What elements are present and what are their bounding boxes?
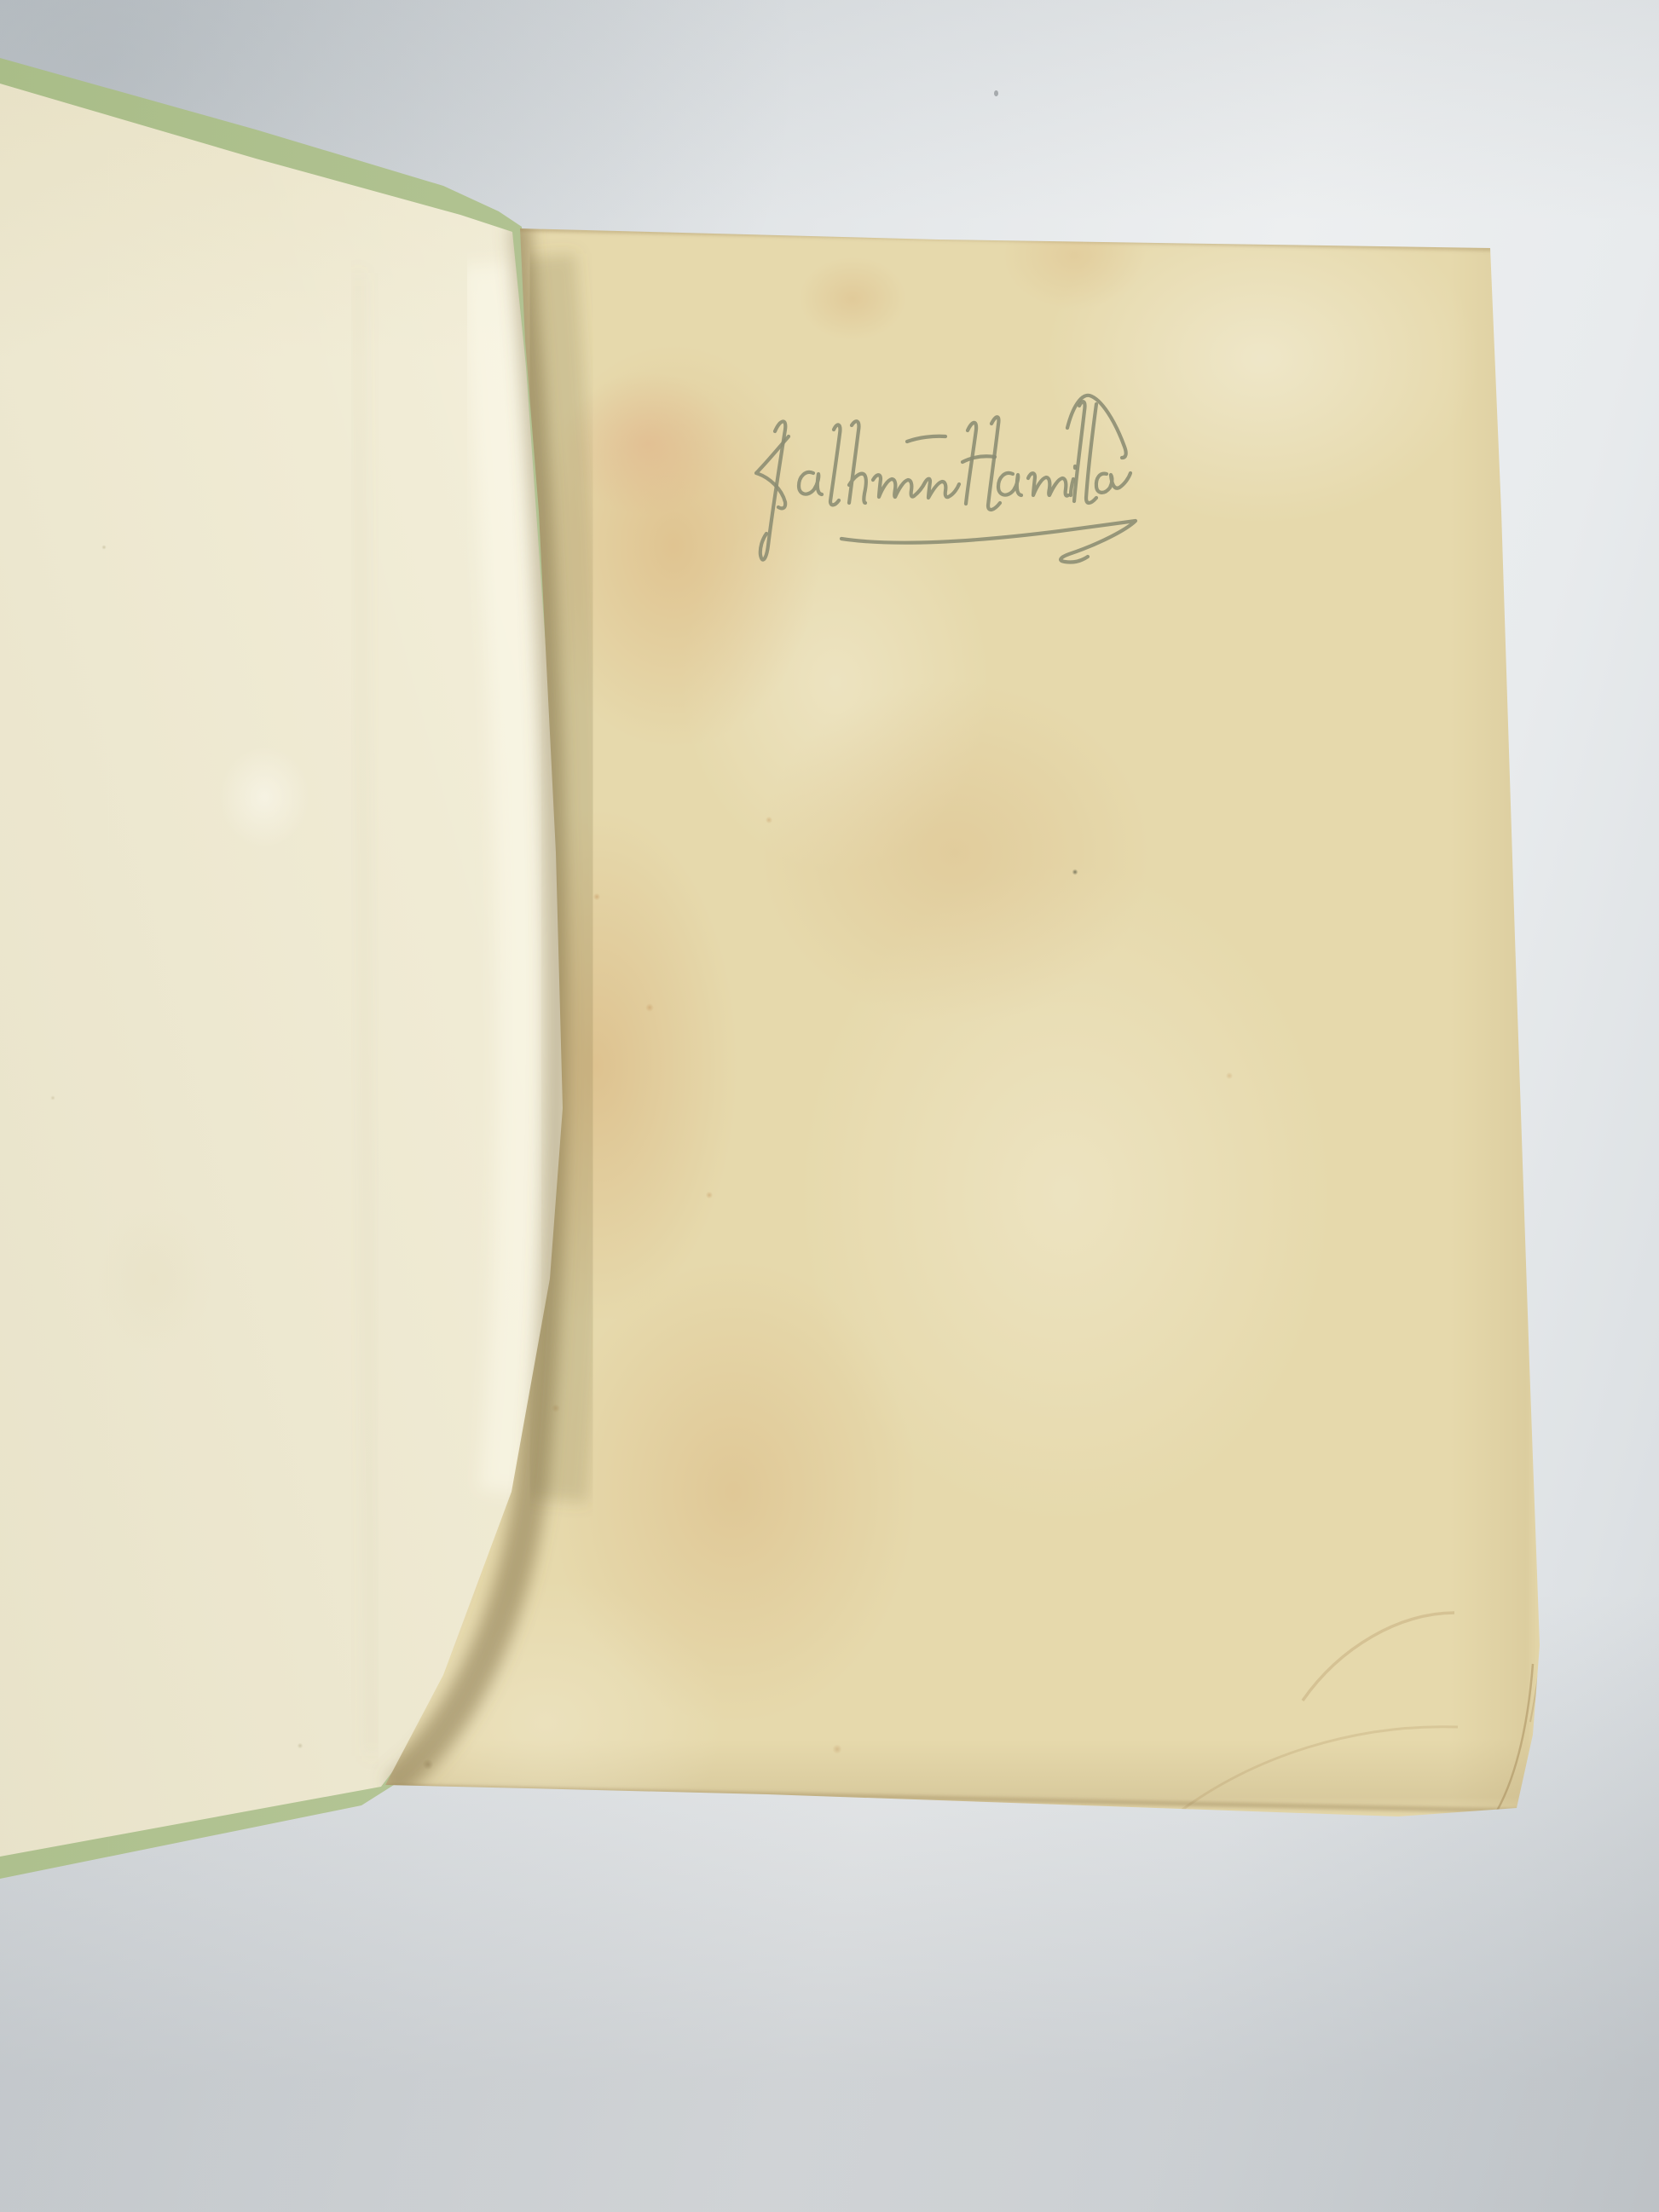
signature-drawing	[731, 377, 1158, 581]
letter-m	[1028, 473, 1068, 495]
hinge-crease-line	[358, 273, 372, 1756]
signature-underline-flourish	[841, 521, 1136, 563]
gutter-highlight	[486, 264, 523, 1492]
letter-t	[830, 424, 840, 505]
letters-on	[1096, 473, 1130, 493]
letter-a	[799, 472, 822, 494]
letter-a2	[998, 473, 1021, 495]
letter-h	[849, 421, 866, 503]
signature-word-second	[962, 396, 1130, 510]
letter-H-stems	[966, 417, 1000, 510]
corner-crease	[1494, 1664, 1533, 1816]
letter-l	[1074, 401, 1085, 501]
letter-H-bar	[962, 456, 995, 462]
background-speck	[994, 90, 998, 96]
signature-text: Katharine Hamilton	[0, 0, 1, 1]
photo-open-book: Katharine Hamilton	[0, 0, 1659, 2212]
stain-arc-2	[1176, 1727, 1458, 1814]
letters-arine	[873, 475, 959, 498]
t-crossbar-dash	[907, 436, 945, 442]
stain-arc	[1303, 1613, 1454, 1701]
